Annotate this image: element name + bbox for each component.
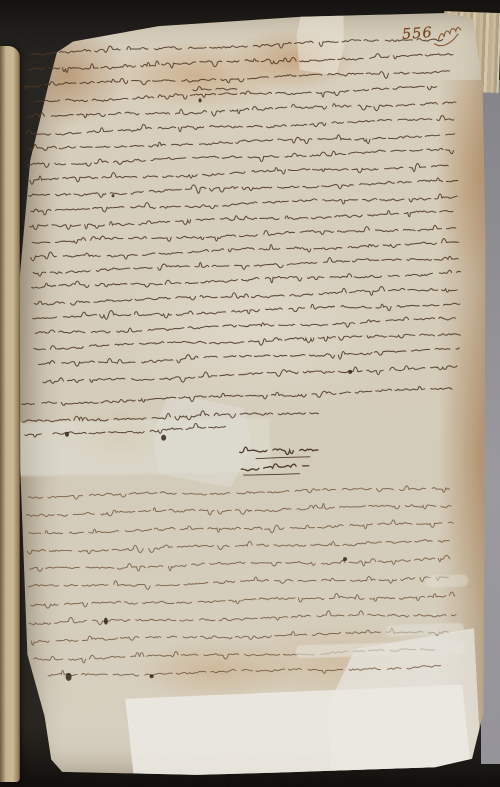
- abrasion-mark: [426, 574, 468, 587]
- handwriting-svg: [0, 0, 500, 787]
- paper-grain-texture: [20, 10, 488, 774]
- folio-number: 556: [401, 25, 433, 43]
- manuscript-photo: 556: [0, 0, 500, 787]
